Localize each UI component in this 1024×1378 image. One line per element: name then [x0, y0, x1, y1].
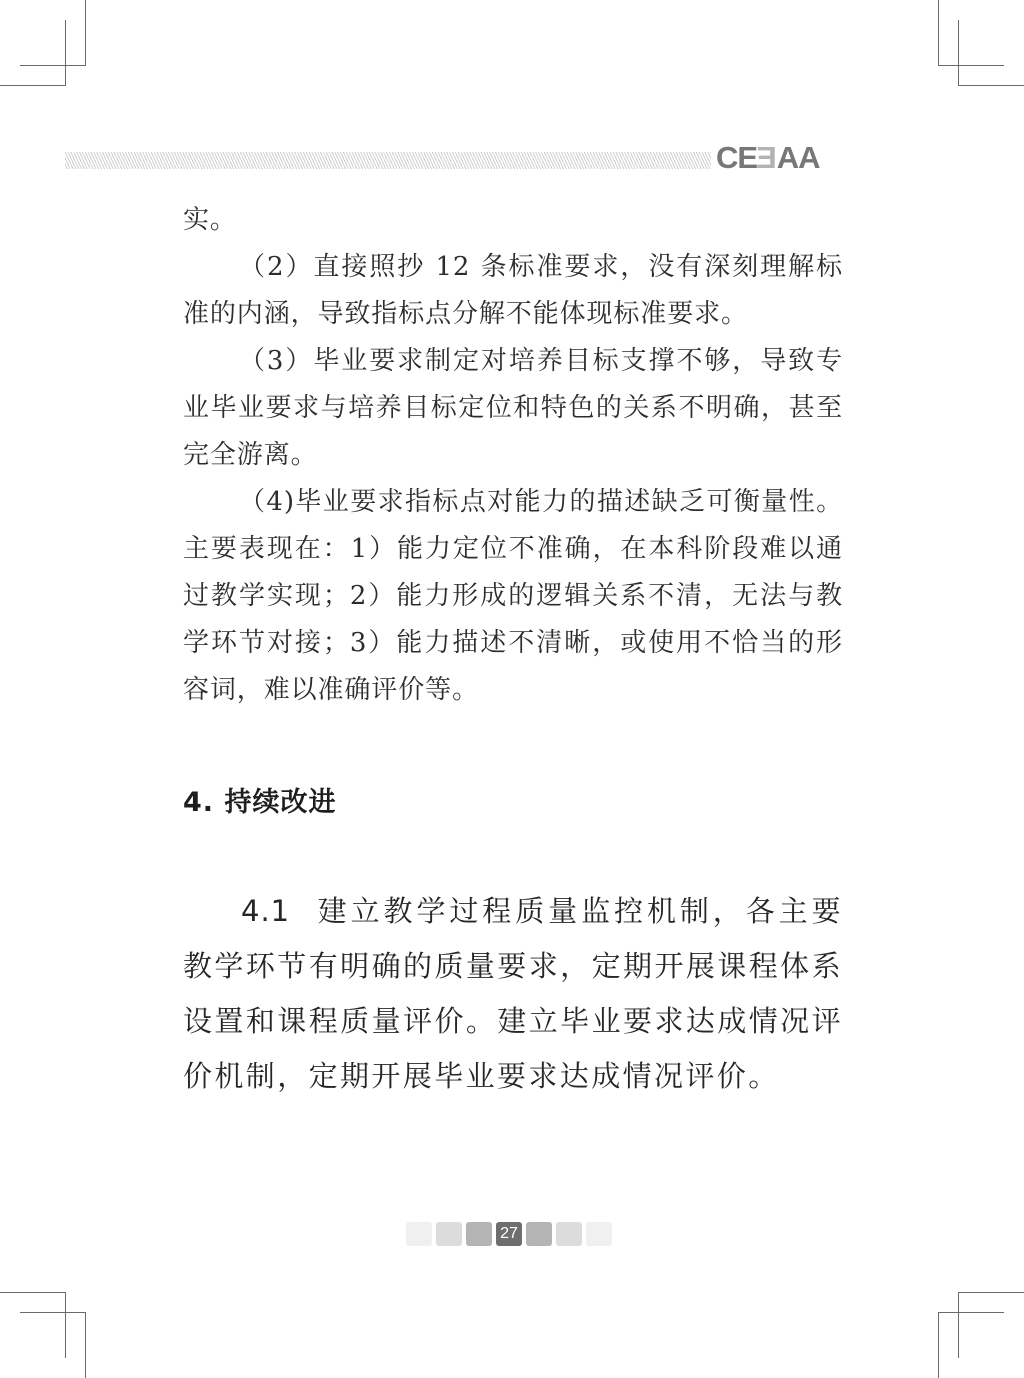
crop-mark: [958, 20, 959, 85]
crop-mark: [958, 1292, 959, 1358]
crop-mark: [0, 1292, 66, 1293]
pager-decor-cell: [556, 1222, 582, 1246]
pager-decor-cell: [466, 1222, 492, 1246]
crop-mark: [0, 85, 66, 86]
page-number: 27: [496, 1222, 522, 1246]
crop-mark: [938, 65, 1004, 66]
crop-mark: [938, 1312, 1004, 1313]
section-heading: 4. 持续改进: [183, 780, 336, 819]
header-hatch-bar: [65, 152, 711, 169]
paragraph-continuation: 实。: [183, 197, 843, 244]
crop-mark: [65, 20, 66, 85]
crop-mark: [20, 1312, 86, 1313]
ceeaa-logo: CEEAA: [716, 144, 820, 172]
page-number-strip: 27: [406, 1222, 612, 1246]
crop-mark: [958, 85, 1024, 86]
clause-4-1: 4.1建立教学过程质量监控机制，各主要教学环节有明确的质量要求，定期开展课程体系…: [183, 884, 843, 1104]
crop-mark: [85, 1312, 86, 1378]
paragraph-item-4: （4)毕业要求指标点对能力的描述缺乏可衡量性。主要表现在：1）能力定位不准确，在…: [183, 479, 843, 714]
pager-decor-cell: [526, 1222, 552, 1246]
crop-mark: [20, 65, 86, 66]
paragraph-item-3: （3）毕业要求制定对培养目标支撑不够，导致专业毕业要求与培养目标定位和特色的关系…: [183, 338, 843, 479]
paragraph-item-2: （2）直接照抄 12 条标准要求，没有深刻理解标准的内涵，导致指标点分解不能体现…: [183, 244, 843, 338]
pager-decor-cell: [586, 1222, 612, 1246]
clause-number: 4.1: [241, 894, 290, 928]
crop-mark: [938, 0, 939, 65]
logo-letter-e: E: [737, 144, 757, 172]
pager-decor-cell: [406, 1222, 432, 1246]
pager-decor-cell: [436, 1222, 462, 1246]
logo-letter-c: C: [716, 144, 737, 172]
section3-body: 实。 （2）直接照抄 12 条标准要求，没有深刻理解标准的内涵，导致指标点分解不…: [183, 197, 843, 714]
crop-mark: [65, 1292, 66, 1358]
crop-mark: [938, 1312, 939, 1378]
logo-letters-aa: AA: [777, 144, 820, 172]
crop-mark: [958, 1292, 1024, 1293]
crop-mark: [85, 0, 86, 65]
logo-letter-e-mirrored: E: [757, 144, 777, 172]
